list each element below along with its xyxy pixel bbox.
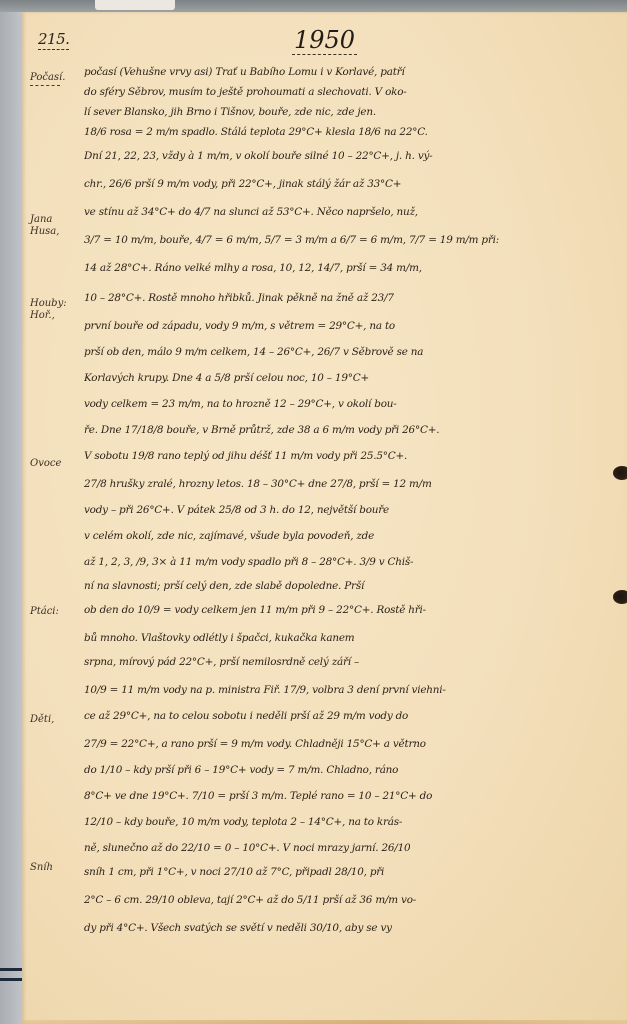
margin-note-deti: Děti, xyxy=(30,714,80,726)
text-line: Dní 21, 22, 23, vždy à 1 m/m, v okolí bo… xyxy=(84,150,624,162)
text-line: sníh 1 cm, při 1°C+, v noci 27/10 až 7°C… xyxy=(84,866,624,878)
text-line: ní na slavnosti; prší celý den, zde slab… xyxy=(84,580,624,592)
text-line: 12/10 – kdy bouře, 10 m/m vody, teplota … xyxy=(84,816,624,828)
text-line: 2°C – 6 cm. 29/10 obleva, tají 2°C+ až d… xyxy=(84,894,624,906)
text-line: 10 – 28°C+. Rostě mnoho hřibků. Jinak pě… xyxy=(84,292,624,304)
text-line: srpna, mírový pád 22°C+, prší nemilosrdn… xyxy=(84,656,624,668)
page-bottom-edge xyxy=(22,1020,627,1024)
binder-hole-icon xyxy=(613,590,627,604)
text-line: až 1, 2, 3, /9, 3× à 11 m/m vody spadlo … xyxy=(84,556,624,568)
text-line: první bouře od západu, vody 9 m/m, s vět… xyxy=(84,320,624,332)
text-line: chr., 26/6 prší 9 m/m vody, při 22°C+, j… xyxy=(84,178,624,190)
edge-mark xyxy=(0,968,22,971)
margin-note-houby: Houby: Hoř., xyxy=(30,298,80,322)
margin-note-jana-husa: Jana Husa, xyxy=(30,214,80,238)
text-line: dy při 4°C+. Všech svatých se světí v ne… xyxy=(84,922,624,934)
text-line: vody celkem = 23 m/m, na to hrozně 12 – … xyxy=(84,398,624,410)
page-tab xyxy=(95,0,175,10)
text-line: ve stínu až 34°C+ do 4/7 na slunci až 53… xyxy=(84,206,624,218)
text-line: v celém okolí, zde nic, zajímavé, všude … xyxy=(84,530,624,542)
text-line: 10/9 = 11 m/m vody na p. ministra Fiř. 1… xyxy=(84,684,624,696)
text-line: 27/9 = 22°C+, a rano prší = 9 m/m vody. … xyxy=(84,738,624,750)
margin-note-ptaci: Ptáci: xyxy=(30,606,80,618)
chronicle-page: 215. 1950 Počasí.Jana Husa,Houby: Hoř.,O… xyxy=(22,12,627,1024)
text-line: Korlavých krupy. Dne 4 a 5/8 prší celou … xyxy=(84,372,624,384)
margin-note-ovoce: Ovoce xyxy=(30,458,80,470)
text-line: 27/8 hrušky zralé, hrozny letos. 18 – 30… xyxy=(84,478,624,490)
binder-hole-icon xyxy=(613,466,627,480)
text-line: ře. Dne 17/18/8 bouře, v Brně průtrž, zd… xyxy=(84,424,624,436)
text-line: počasí (Vehušne vrvy asi) Trať u Babího … xyxy=(84,66,624,78)
text-line: ob den do 10/9 = vody celkem jen 11 m/m … xyxy=(84,604,624,616)
text-line: do sféry Sěbrov, musím to ještě prohouma… xyxy=(84,86,624,98)
scanner-background-left xyxy=(0,12,24,1024)
text-line: vody – při 26°C+. V pátek 25/8 od 3 h. d… xyxy=(84,504,624,516)
text-line: do 1/10 – kdy prší při 6 – 19°C+ vody = … xyxy=(84,764,624,776)
text-line: ně, slunečno až do 22/10 = 0 – 10°C+. V … xyxy=(84,842,624,854)
margin-note-pocasi: Počasí. xyxy=(30,72,60,86)
text-line: ce až 29°C+, na to celou sobotu i neděli… xyxy=(84,710,624,722)
text-line: 14 až 28°C+. Ráno velké mlhy a rosa, 10,… xyxy=(84,262,624,274)
year-text: 1950 xyxy=(292,26,357,55)
text-line: 18/6 rosa = 2 m/m spadlo. Stálá teplota … xyxy=(84,126,624,138)
text-line: bů mnoho. Vlaštovky odlétly i špačci, ku… xyxy=(84,632,624,644)
text-line: 8°C+ ve dne 19°C+. 7/10 = prší 3 m/m. Te… xyxy=(84,790,624,802)
page-year-heading: 1950 xyxy=(22,26,627,54)
text-line: 3/7 = 10 m/m, bouře, 4/7 = 6 m/m, 5/7 = … xyxy=(84,234,624,246)
edge-mark xyxy=(0,978,22,981)
margin-note-snih: Sníh xyxy=(30,862,80,874)
text-line: prší ob den, málo 9 m/m celkem, 14 – 26°… xyxy=(84,346,624,358)
text-line: lí sever Blansko, jih Brno i Tišnov, bou… xyxy=(84,106,624,118)
text-line: V sobotu 19/8 rano teplý od jihu déšť 11… xyxy=(84,450,624,462)
